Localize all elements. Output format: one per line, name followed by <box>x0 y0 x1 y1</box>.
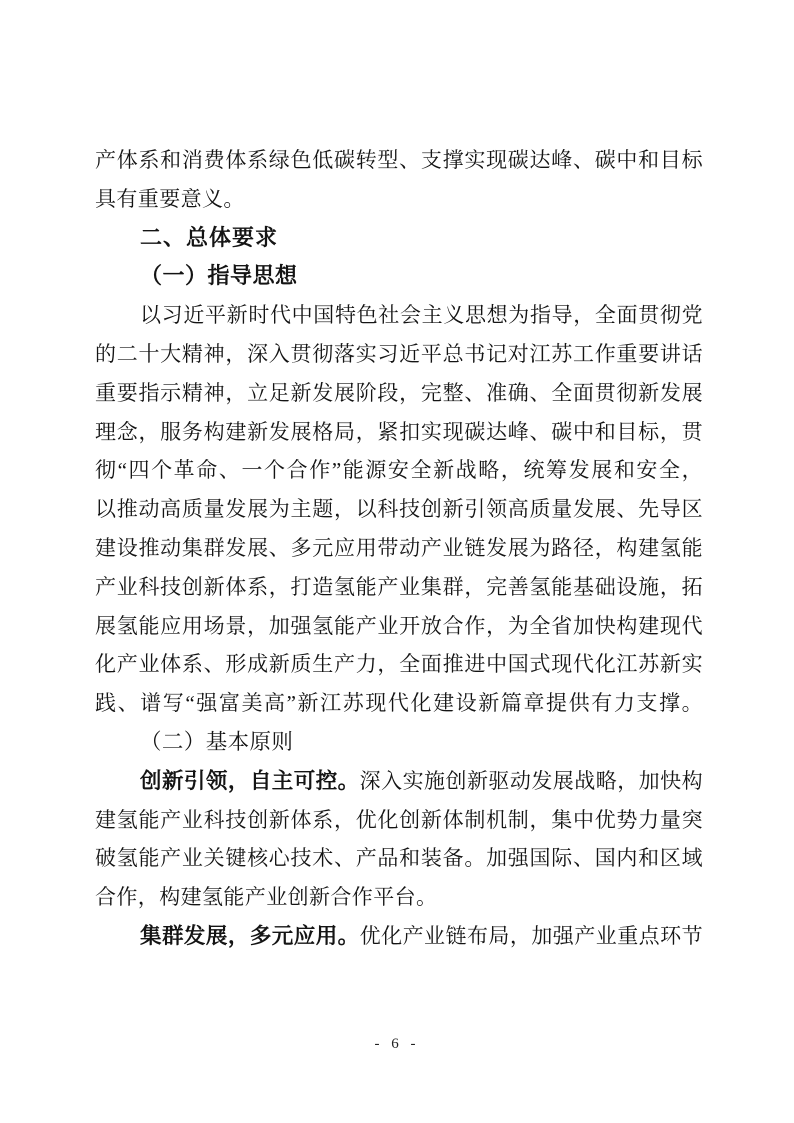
paragraph-line: 重要指示精神，立足新发展阶段，完整、准确、全面贯彻新发展 <box>95 374 703 413</box>
text-segment: 的二十大精神，深入贯彻落实习近平总书记对江苏工作重要讲话 <box>95 342 703 366</box>
subsection-heading: （一）指导思想 <box>95 257 703 296</box>
principle-lead: 集群发展，多元应用。 <box>140 924 360 948</box>
text-segment: 破氢能产业关键核心技术、产品和装备。加强国际、国内和区域 <box>95 846 703 870</box>
text-segment: 二、总体要求 <box>140 225 278 250</box>
paragraph-line: 建设推动集群发展、多元应用带动产业链发展为路径，构建氢能 <box>95 529 703 568</box>
paragraph-line: 以推动高质量发展为主题，以科技创新引领高质量发展、先导区 <box>95 490 703 529</box>
text-segment: 产业科技创新体系，打造氢能产业集群，完善氢能基础设施，拓 <box>95 575 703 599</box>
paragraph-line: 理念，服务构建新发展格局，紧扣实现碳达峰、碳中和目标，贯 <box>95 413 703 452</box>
paragraph-line: 彻“四个革命、一个合作”能源安全新战略，统筹发展和安全， <box>95 451 703 490</box>
text-segment: 具有重要意义。 <box>95 187 245 211</box>
section-heading: 二、总体要求 <box>95 219 703 258</box>
text-segment: 以习近平新时代中国特色社会主义思想为指导，全面贯彻党 <box>140 303 703 327</box>
text-segment: 深入实施创新驱动发展战略，加快构 <box>360 769 703 793</box>
text-segment: 践、谱写“强富美高”新江苏现代化建设新篇章提供有力支撑。 <box>95 691 703 715</box>
page-footer: - 6 - <box>0 1036 794 1053</box>
text-segment: 重要指示精神，立足新发展阶段，完整、准确、全面贯彻新发展 <box>95 381 703 405</box>
paragraph-line: 具有重要意义。 <box>95 180 703 219</box>
text-segment: 彻“四个革命、一个合作”能源安全新战略，统筹发展和安全， <box>95 458 703 482</box>
subsection-heading: （二）基本原则 <box>95 723 703 762</box>
paragraph-line: 化产业体系、形成新质生产力，全面推进中国式现代化江苏新实 <box>95 645 703 684</box>
text-segment: 理念，服务构建新发展格局，紧扣实现碳达峰、碳中和目标，贯 <box>95 420 703 444</box>
text-segment: （一）指导思想 <box>140 263 298 288</box>
paragraph-line: 创新引领，自主可控。深入实施创新驱动发展战略，加快构 <box>95 762 703 801</box>
text-segment: 展氢能应用场景，加强氢能产业开放合作，为全省加快构建现代 <box>95 614 703 638</box>
text-segment: 建氢能产业科技创新体系，优化创新体制机制，集中优势力量突 <box>95 808 703 832</box>
paragraph-line: 展氢能应用场景，加强氢能产业开放合作，为全省加快构建现代 <box>95 607 703 646</box>
text-segment: 产体系和消费体系绿色低碳转型、支撑实现碳达峰、碳中和目标 <box>95 148 703 172</box>
paragraph-line: 践、谱写“强富美高”新江苏现代化建设新篇章提供有力支撑。 <box>95 684 703 723</box>
text-segment: 优化产业链布局，加强产业重点环节 <box>360 924 703 948</box>
paragraph-line: 产业科技创新体系，打造氢能产业集群，完善氢能基础设施，拓 <box>95 568 703 607</box>
document-content: 产体系和消费体系绿色低碳转型、支撑实现碳达峰、碳中和目标具有重要意义。二、总体要… <box>95 141 703 956</box>
paragraph-line: 建氢能产业科技创新体系，优化创新体制机制，集中优势力量突 <box>95 801 703 840</box>
paragraph-line: 的二十大精神，深入贯彻落实习近平总书记对江苏工作重要讲话 <box>95 335 703 374</box>
paragraph-line: 以习近平新时代中国特色社会主义思想为指导，全面贯彻党 <box>95 296 703 335</box>
page-number: - 6 - <box>375 1036 420 1052</box>
paragraph-line: 破氢能产业关键核心技术、产品和装备。加强国际、国内和区域 <box>95 839 703 878</box>
document-page: 产体系和消费体系绿色低碳转型、支撑实现碳达峰、碳中和目标具有重要意义。二、总体要… <box>0 0 794 1123</box>
text-segment: 以推动高质量发展为主题，以科技创新引领高质量发展、先导区 <box>95 497 703 521</box>
principle-lead: 创新引领，自主可控。 <box>140 769 360 793</box>
paragraph-line: 产体系和消费体系绿色低碳转型、支撑实现碳达峰、碳中和目标 <box>95 141 703 180</box>
text-segment: 化产业体系、形成新质生产力，全面推进中国式现代化江苏新实 <box>95 652 703 676</box>
paragraph-line: 合作，构建氢能产业创新合作平台。 <box>95 878 703 917</box>
text-segment: （二）基本原则 <box>140 730 293 754</box>
text-segment: 建设推动集群发展、多元应用带动产业链发展为路径，构建氢能 <box>95 536 703 560</box>
paragraph-line: 集群发展，多元应用。优化产业链布局，加强产业重点环节 <box>95 917 703 956</box>
text-segment: 合作，构建氢能产业创新合作平台。 <box>95 885 437 909</box>
